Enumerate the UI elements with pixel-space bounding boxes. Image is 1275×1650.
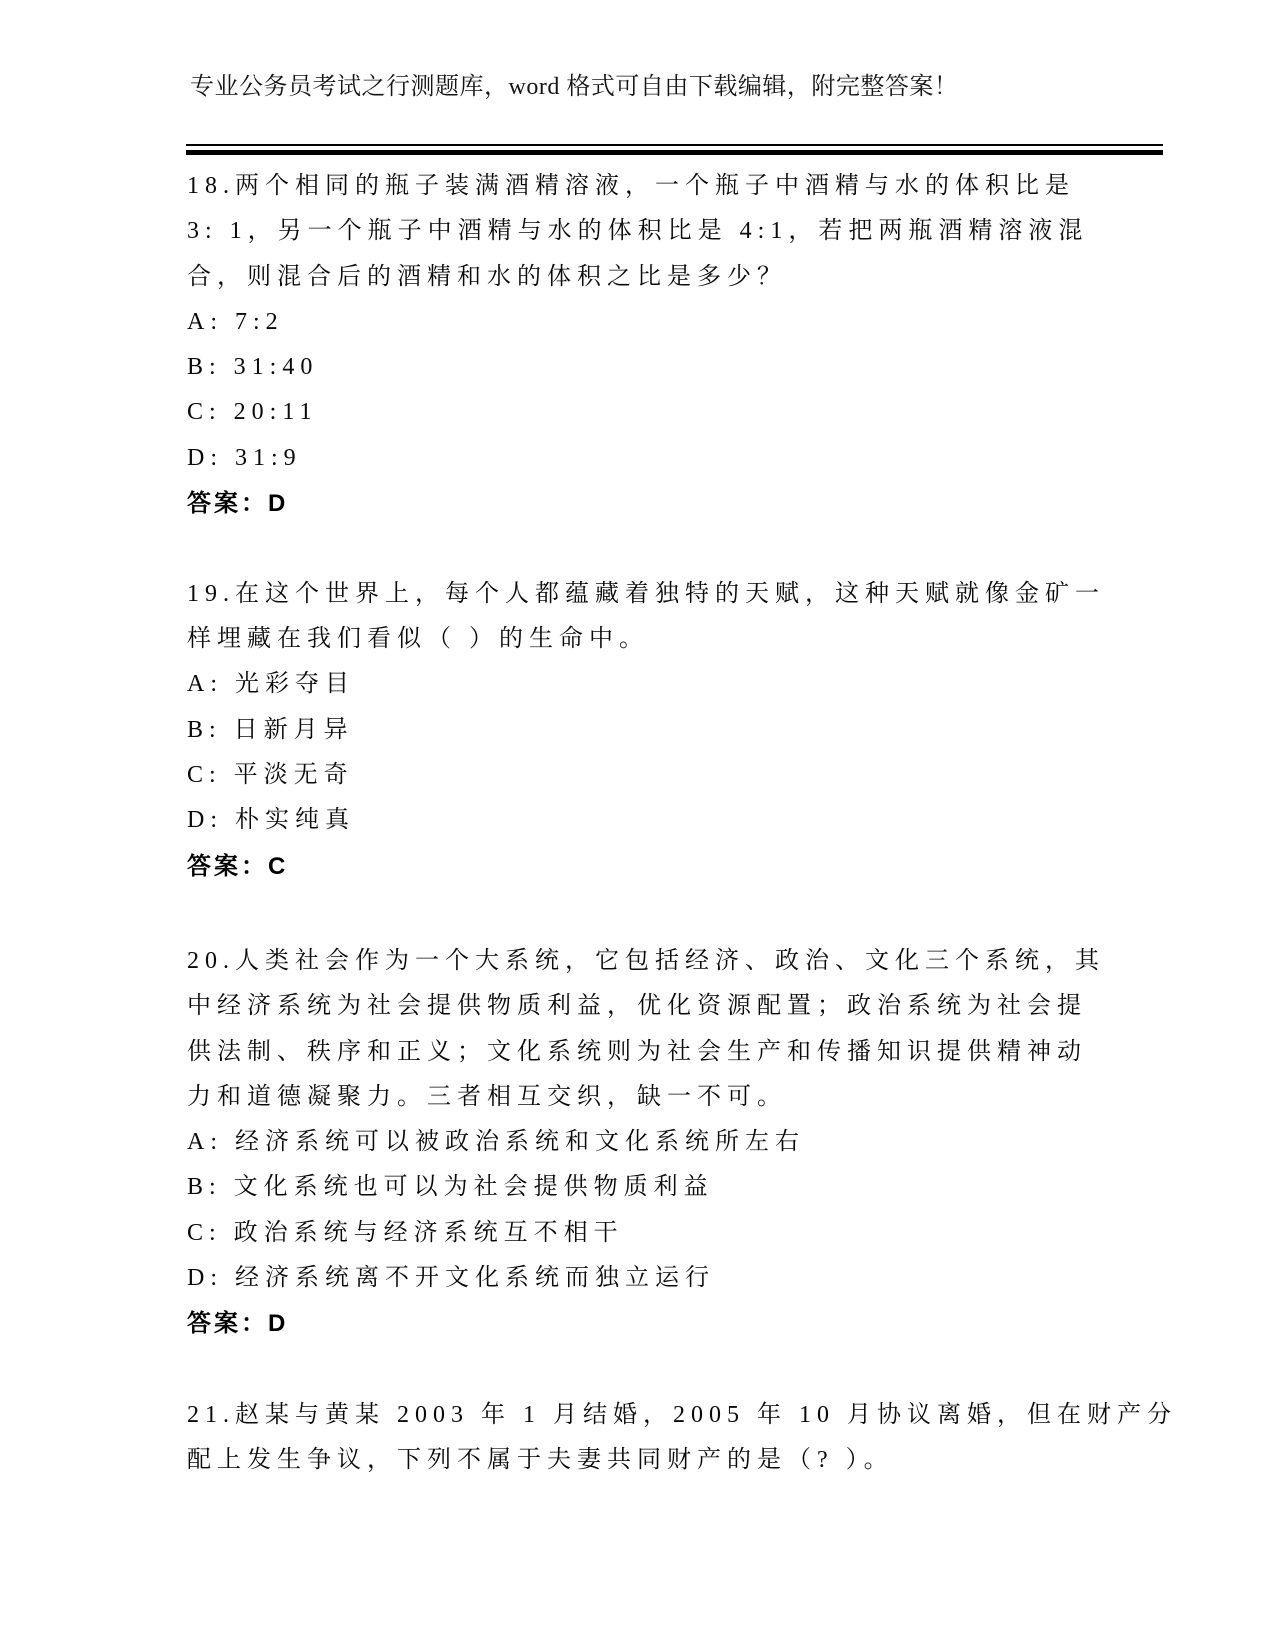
question-18-option-b: B: 31:40	[187, 345, 318, 390]
question-18-option-d: D: 31:9	[187, 436, 302, 481]
question-20-text-line-2: 中经济系统为社会提供物质利益，优化资源配置；政治系统为社会提	[187, 984, 1087, 1029]
header-divider	[186, 144, 1163, 155]
question-19-text-line-1: 19.在这个世界上，每个人都蕴藏着独特的天赋，这种天赋就像金矿一	[187, 572, 1105, 617]
document-page: 专业公务员考试之行测题库，word 格式可自由下载编辑，附完整答案！ 18.两个…	[0, 0, 1275, 1650]
question-20-text-line-3: 供法制、秩序和正义；文化系统则为社会生产和传播知识提供精神动	[187, 1030, 1087, 1075]
question-21-text-line-1: 21.赵某与黄某 2003 年 1 月结婚，2005 年 10 月协议离婚，但在…	[187, 1393, 1177, 1438]
question-20-option-b: B: 文化系统也可以为社会提供物质利益	[187, 1165, 714, 1210]
question-19-option-d: D: 朴实纯真	[187, 798, 355, 843]
question-20-text-line-4: 力和道德凝聚力。三者相互交织，缺一不可。	[187, 1075, 787, 1120]
question-18-text-line-1: 18.两个相同的瓶子装满酒精溶液，一个瓶子中酒精与水的体积比是	[187, 164, 1075, 209]
question-20-answer: 答案：D	[187, 1301, 288, 1346]
page-header: 专业公务员考试之行测题库，word 格式可自由下载编辑，附完整答案！	[190, 72, 958, 102]
question-18-option-a: A: 7:2	[187, 300, 284, 345]
question-20-text-line-1: 20.人类社会作为一个大系统，它包括经济、政治、文化三个系统，其	[187, 939, 1105, 984]
question-19-answer: 答案：C	[187, 844, 288, 889]
question-19-option-b: B: 日新月异	[187, 708, 354, 753]
question-19-option-a: A: 光彩夺目	[187, 662, 355, 707]
question-19-text-line-2: 样埋藏在我们看似（ ）的生命中。	[187, 617, 649, 662]
question-18-answer: 答案：D	[187, 481, 288, 526]
question-19-option-c: C: 平淡无奇	[187, 753, 354, 798]
question-21-text-line-2: 配上发生争议，下列不属于夫妻共同财产的是（? ）。	[187, 1438, 894, 1483]
question-18-text-line-2: 3: 1，另一个瓶子中酒精与水的体积比是 4:1，若把两瓶酒精溶液混	[187, 209, 1088, 254]
question-18-option-c: C: 20:11	[187, 390, 317, 435]
question-20-option-a: A: 经济系统可以被政治系统和文化系统所左右	[187, 1120, 805, 1165]
question-20-option-c: C: 政治系统与经济系统互不相干	[187, 1211, 624, 1256]
question-18-text-line-3: 合，则混合后的酒精和水的体积之比是多少？	[187, 255, 787, 300]
question-20-option-d: D: 经济系统离不开文化系统而独立运行	[187, 1256, 715, 1301]
